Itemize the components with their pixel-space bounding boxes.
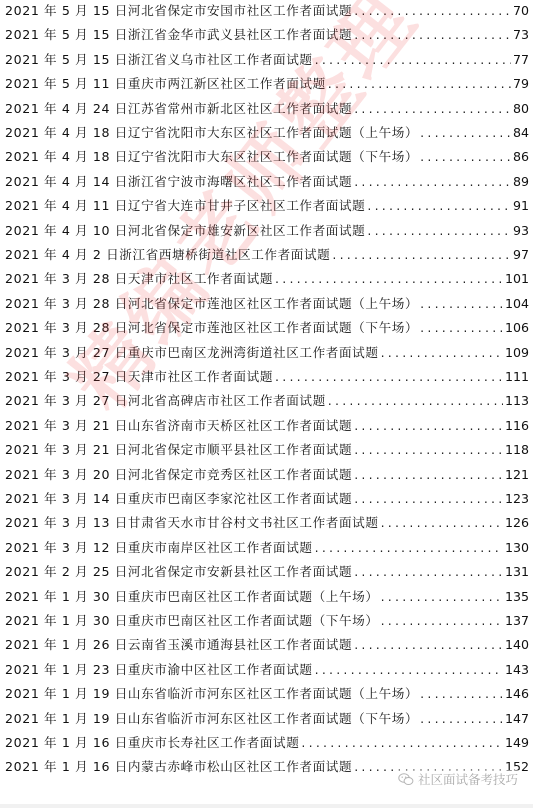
toc-entry-page: 97 xyxy=(513,244,529,266)
source-brand-badge: 社区面试备考技巧 xyxy=(396,770,520,788)
toc-entry[interactable]: 2021 年 3 月 21 日河北省保定市顺平县社区工作者面试题118 xyxy=(5,439,529,461)
toc-entry-page: 130 xyxy=(505,537,529,559)
dot-leader xyxy=(275,268,503,290)
toc-entry-title: 2021 年 4 月 2 日浙江省西塘桥街道社区工作者面试题 xyxy=(5,244,330,266)
dot-leader xyxy=(420,317,503,339)
toc-entry-title: 2021 年 1 月 16 日重庆市长寿社区工作者面试题 xyxy=(5,732,299,754)
toc-entry-page: 106 xyxy=(505,317,529,339)
toc-entry-page: 93 xyxy=(513,220,529,242)
toc-entry[interactable]: 2021 年 3 月 27 日河北省高碑店市社区工作者面试题113 xyxy=(5,390,529,412)
toc-entry[interactable]: 2021 年 2 月 25 日河北省保定市安新县社区工作者面试题131 xyxy=(5,561,529,583)
toc-entry[interactable]: 2021 年 5 月 15 日浙江省义乌市社区工作者面试题77 xyxy=(5,49,529,71)
toc-entry[interactable]: 2021 年 3 月 21 日山东省济南市天桥区社区工作者面试题116 xyxy=(5,415,529,437)
dot-leader xyxy=(420,293,503,315)
toc-entry-title: 2021 年 3 月 27 日河北省高碑店市社区工作者面试题 xyxy=(5,390,326,412)
toc-entry-page: 73 xyxy=(513,24,529,46)
toc-entry-title: 2021 年 5 月 15 日浙江省金华市武义县社区工作者面试题 xyxy=(5,24,352,46)
dot-leader xyxy=(354,634,503,656)
toc-entry-page: 123 xyxy=(505,488,529,510)
toc-entry-title: 2021 年 2 月 25 日河北省保定市安新县社区工作者面试题 xyxy=(5,561,352,583)
toc-entry-title: 2021 年 5 月 11 日重庆市两江新区社区工作者面试题 xyxy=(5,73,326,95)
page-bottom-edge xyxy=(0,804,533,808)
dot-leader xyxy=(275,366,503,388)
toc-entry-title: 2021 年 3 月 27 日重庆市巴南区龙洲湾街道社区工作者面试题 xyxy=(5,342,379,364)
dot-leader xyxy=(420,708,503,730)
toc-entry-title: 2021 年 3 月 21 日山东省济南市天桥区社区工作者面试题 xyxy=(5,415,352,437)
dot-leader xyxy=(354,488,503,510)
toc-entry-page: 111 xyxy=(505,366,529,388)
toc-entry[interactable]: 2021 年 1 月 26 日云南省玉溪市通海县社区工作者面试题140 xyxy=(5,634,529,656)
toc-entry[interactable]: 2021 年 4 月 18 日辽宁省沈阳市大东区社区工作者面试题（下午场）86 xyxy=(5,146,529,168)
toc-entry-page: 149 xyxy=(505,732,529,754)
toc-entry-page: 118 xyxy=(505,439,529,461)
toc-entry[interactable]: 2021 年 3 月 14 日重庆市巴南区李家沱社区工作者面试题123 xyxy=(5,488,529,510)
toc-entry[interactable]: 2021 年 4 月 2 日浙江省西塘桥街道社区工作者面试题97 xyxy=(5,244,529,266)
dot-leader xyxy=(367,220,511,242)
toc-entry-page: 143 xyxy=(505,659,529,681)
dot-leader xyxy=(354,439,503,461)
toc-entry-title: 2021 年 1 月 30 日重庆市巴南区社区工作者面试题（上午场） xyxy=(5,586,379,608)
toc-entry-title: 2021 年 3 月 28 日天津市社区工作者面试题 xyxy=(5,268,273,290)
dot-leader xyxy=(381,586,503,608)
toc-entry-title: 2021 年 3 月 21 日河北省保定市顺平县社区工作者面试题 xyxy=(5,439,352,461)
toc-entry-page: 126 xyxy=(505,512,529,534)
dot-leader xyxy=(315,49,511,71)
toc-entry-title: 2021 年 3 月 27 日天津市社区工作者面试题 xyxy=(5,366,273,388)
toc-entry[interactable]: 2021 年 4 月 14 日浙江省宁波市海曙区社区工作者面试题89 xyxy=(5,171,529,193)
toc-entry[interactable]: 2021 年 3 月 27 日天津市社区工作者面试题111 xyxy=(5,366,529,388)
dot-leader xyxy=(367,195,511,217)
toc-entry-title: 2021 年 4 月 10 日河北省保定市雄安新区社区工作者面试题 xyxy=(5,220,365,242)
toc-entry-page: 70 xyxy=(513,0,529,22)
toc-entry-page: 135 xyxy=(505,586,529,608)
toc-entry-title: 2021 年 3 月 28 日河北省保定市莲池区社区工作者面试题（下午场） xyxy=(5,317,418,339)
toc-entry-page: 101 xyxy=(505,268,529,290)
source-brand-label: 社区面试备考技巧 xyxy=(418,770,518,788)
toc-entry-title: 2021 年 1 月 23 日重庆市渝中区社区工作者面试题 xyxy=(5,659,313,681)
dot-leader xyxy=(315,537,503,559)
toc-entry[interactable]: 2021 年 3 月 12 日重庆市南岸区社区工作者面试题130 xyxy=(5,537,529,559)
dot-leader xyxy=(332,244,511,266)
toc-entry-page: 77 xyxy=(513,49,529,71)
toc-entry-title: 2021 年 1 月 26 日云南省玉溪市通海县社区工作者面试题 xyxy=(5,634,352,656)
dot-leader xyxy=(381,342,503,364)
wechat-icon xyxy=(398,773,414,786)
toc-entry[interactable]: 2021 年 1 月 23 日重庆市渝中区社区工作者面试题143 xyxy=(5,659,529,681)
toc-entry-page: 104 xyxy=(505,293,529,315)
toc-entry[interactable]: 2021 年 3 月 28 日天津市社区工作者面试题101 xyxy=(5,268,529,290)
toc-entry-title: 2021 年 3 月 20 日河北省保定市竞秀区社区工作者面试题 xyxy=(5,464,352,486)
toc-entry[interactable]: 2021 年 3 月 28 日河北省保定市莲池区社区工作者面试题（上午场）104 xyxy=(5,293,529,315)
toc-entry-page: 137 xyxy=(505,610,529,632)
toc-entry[interactable]: 2021 年 5 月 15 日浙江省金华市武义县社区工作者面试题73 xyxy=(5,24,529,46)
toc-entry-page: 131 xyxy=(505,561,529,583)
toc-entry-page: 121 xyxy=(505,464,529,486)
dot-leader xyxy=(420,683,503,705)
toc-entry-page: 146 xyxy=(505,683,529,705)
dot-leader xyxy=(420,146,511,168)
dot-leader xyxy=(354,24,511,46)
dot-leader xyxy=(315,659,503,681)
toc-entry[interactable]: 2021 年 4 月 24 日江苏省常州市新北区社区工作者面试题80 xyxy=(5,98,529,120)
toc-entry-title: 2021 年 5 月 15 日浙江省义乌市社区工作者面试题 xyxy=(5,49,313,71)
toc-entry-page: 91 xyxy=(513,195,529,217)
dot-leader xyxy=(354,464,503,486)
toc-entry-page: 80 xyxy=(513,98,529,120)
toc-entry-page: 116 xyxy=(505,415,529,437)
toc-entry[interactable]: 2021 年 3 月 27 日重庆市巴南区龙洲湾街道社区工作者面试题109 xyxy=(5,342,529,364)
toc-entry-title: 2021 年 3 月 12 日重庆市南岸区社区工作者面试题 xyxy=(5,537,313,559)
dot-leader xyxy=(354,98,511,120)
dot-leader xyxy=(328,73,511,95)
toc-entry-title: 2021 年 1 月 19 日山东省临沂市河东区社区工作者面试题（下午场） xyxy=(5,708,418,730)
dot-leader xyxy=(354,415,503,437)
dot-leader xyxy=(381,512,503,534)
dot-leader xyxy=(354,0,511,22)
toc-entry[interactable]: 2021 年 1 月 19 日山东省临沂市河东区社区工作者面试题（下午场）147 xyxy=(5,708,529,730)
toc-entry-page: 84 xyxy=(513,122,529,144)
toc-entry[interactable]: 2021 年 3 月 28 日河北省保定市莲池区社区工作者面试题（下午场）106 xyxy=(5,317,529,339)
toc-entry-title: 2021 年 4 月 18 日辽宁省沈阳市大东区社区工作者面试题（下午场） xyxy=(5,146,418,168)
toc-entry-title: 2021 年 4 月 18 日辽宁省沈阳市大东区社区工作者面试题（上午场） xyxy=(5,122,418,144)
toc-entry-page: 147 xyxy=(505,708,529,730)
toc-entry-title: 2021 年 4 月 24 日江苏省常州市新北区社区工作者面试题 xyxy=(5,98,352,120)
toc-entry[interactable]: 2021 年 3 月 13 日甘肃省天水市甘谷村文书社区工作者面试题126 xyxy=(5,512,529,534)
toc-entry-title: 2021 年 5 月 15 日河北省保定市安国市社区工作者面试题 xyxy=(5,0,352,22)
toc-entry[interactable]: 2021 年 4 月 11 日辽宁省大连市甘井子区社区工作者面试题91 xyxy=(5,195,529,217)
toc-entry-page: 113 xyxy=(505,390,529,412)
dot-leader xyxy=(354,171,511,193)
dot-leader xyxy=(328,390,503,412)
toc-entry[interactable]: 2021 年 4 月 10 日河北省保定市雄安新区社区工作者面试题93 xyxy=(5,220,529,242)
toc-entry[interactable]: 2021 年 1 月 16 日重庆市长寿社区工作者面试题149 xyxy=(5,732,529,754)
toc-entry-page: 89 xyxy=(513,171,529,193)
toc-entry[interactable]: 2021 年 5 月 15 日河北省保定市安国市社区工作者面试题70 xyxy=(5,0,529,22)
toc-entry[interactable]: 2021 年 5 月 11 日重庆市两江新区社区工作者面试题79 xyxy=(5,73,529,95)
dot-leader xyxy=(301,732,503,754)
toc-entry-title: 2021 年 1 月 19 日山东省临沂市河东区社区工作者面试题（上午场） xyxy=(5,683,418,705)
toc-entry-page: 140 xyxy=(505,634,529,656)
dot-leader xyxy=(381,610,503,632)
toc-entry-title: 2021 年 3 月 28 日河北省保定市莲池区社区工作者面试题（上午场） xyxy=(5,293,418,315)
toc-entry-title: 2021 年 1 月 30 日重庆市巴南区社区工作者面试题（下午场） xyxy=(5,610,379,632)
toc-entry-title: 2021 年 4 月 11 日辽宁省大连市甘井子区社区工作者面试题 xyxy=(5,195,365,217)
toc-entry[interactable]: 2021 年 4 月 18 日辽宁省沈阳市大东区社区工作者面试题（上午场）84 xyxy=(5,122,529,144)
dot-leader xyxy=(354,561,503,583)
toc-entry[interactable]: 2021 年 1 月 30 日重庆市巴南区社区工作者面试题（下午场）137 xyxy=(5,610,529,632)
toc-entry-page: 86 xyxy=(513,146,529,168)
toc-entry-title: 2021 年 1 月 16 日内蒙古赤峰市松山区社区工作者面试题 xyxy=(5,756,352,778)
toc-entry-title: 2021 年 3 月 14 日重庆市巴南区李家沱社区工作者面试题 xyxy=(5,488,352,510)
toc-entry-title: 2021 年 4 月 14 日浙江省宁波市海曙区社区工作者面试题 xyxy=(5,171,352,193)
toc-entry-title: 2021 年 3 月 13 日甘肃省天水市甘谷村文书社区工作者面试题 xyxy=(5,512,379,534)
toc-entry[interactable]: 2021 年 1 月 19 日山东省临沂市河东区社区工作者面试题（上午场）146 xyxy=(5,683,529,705)
dot-leader xyxy=(420,122,511,144)
toc-entry-page: 79 xyxy=(513,73,529,95)
toc-entry[interactable]: 2021 年 1 月 30 日重庆市巴南区社区工作者面试题（上午场）135 xyxy=(5,586,529,608)
toc-entry-page: 109 xyxy=(505,342,529,364)
toc-entry[interactable]: 2021 年 3 月 20 日河北省保定市竞秀区社区工作者面试题121 xyxy=(5,464,529,486)
